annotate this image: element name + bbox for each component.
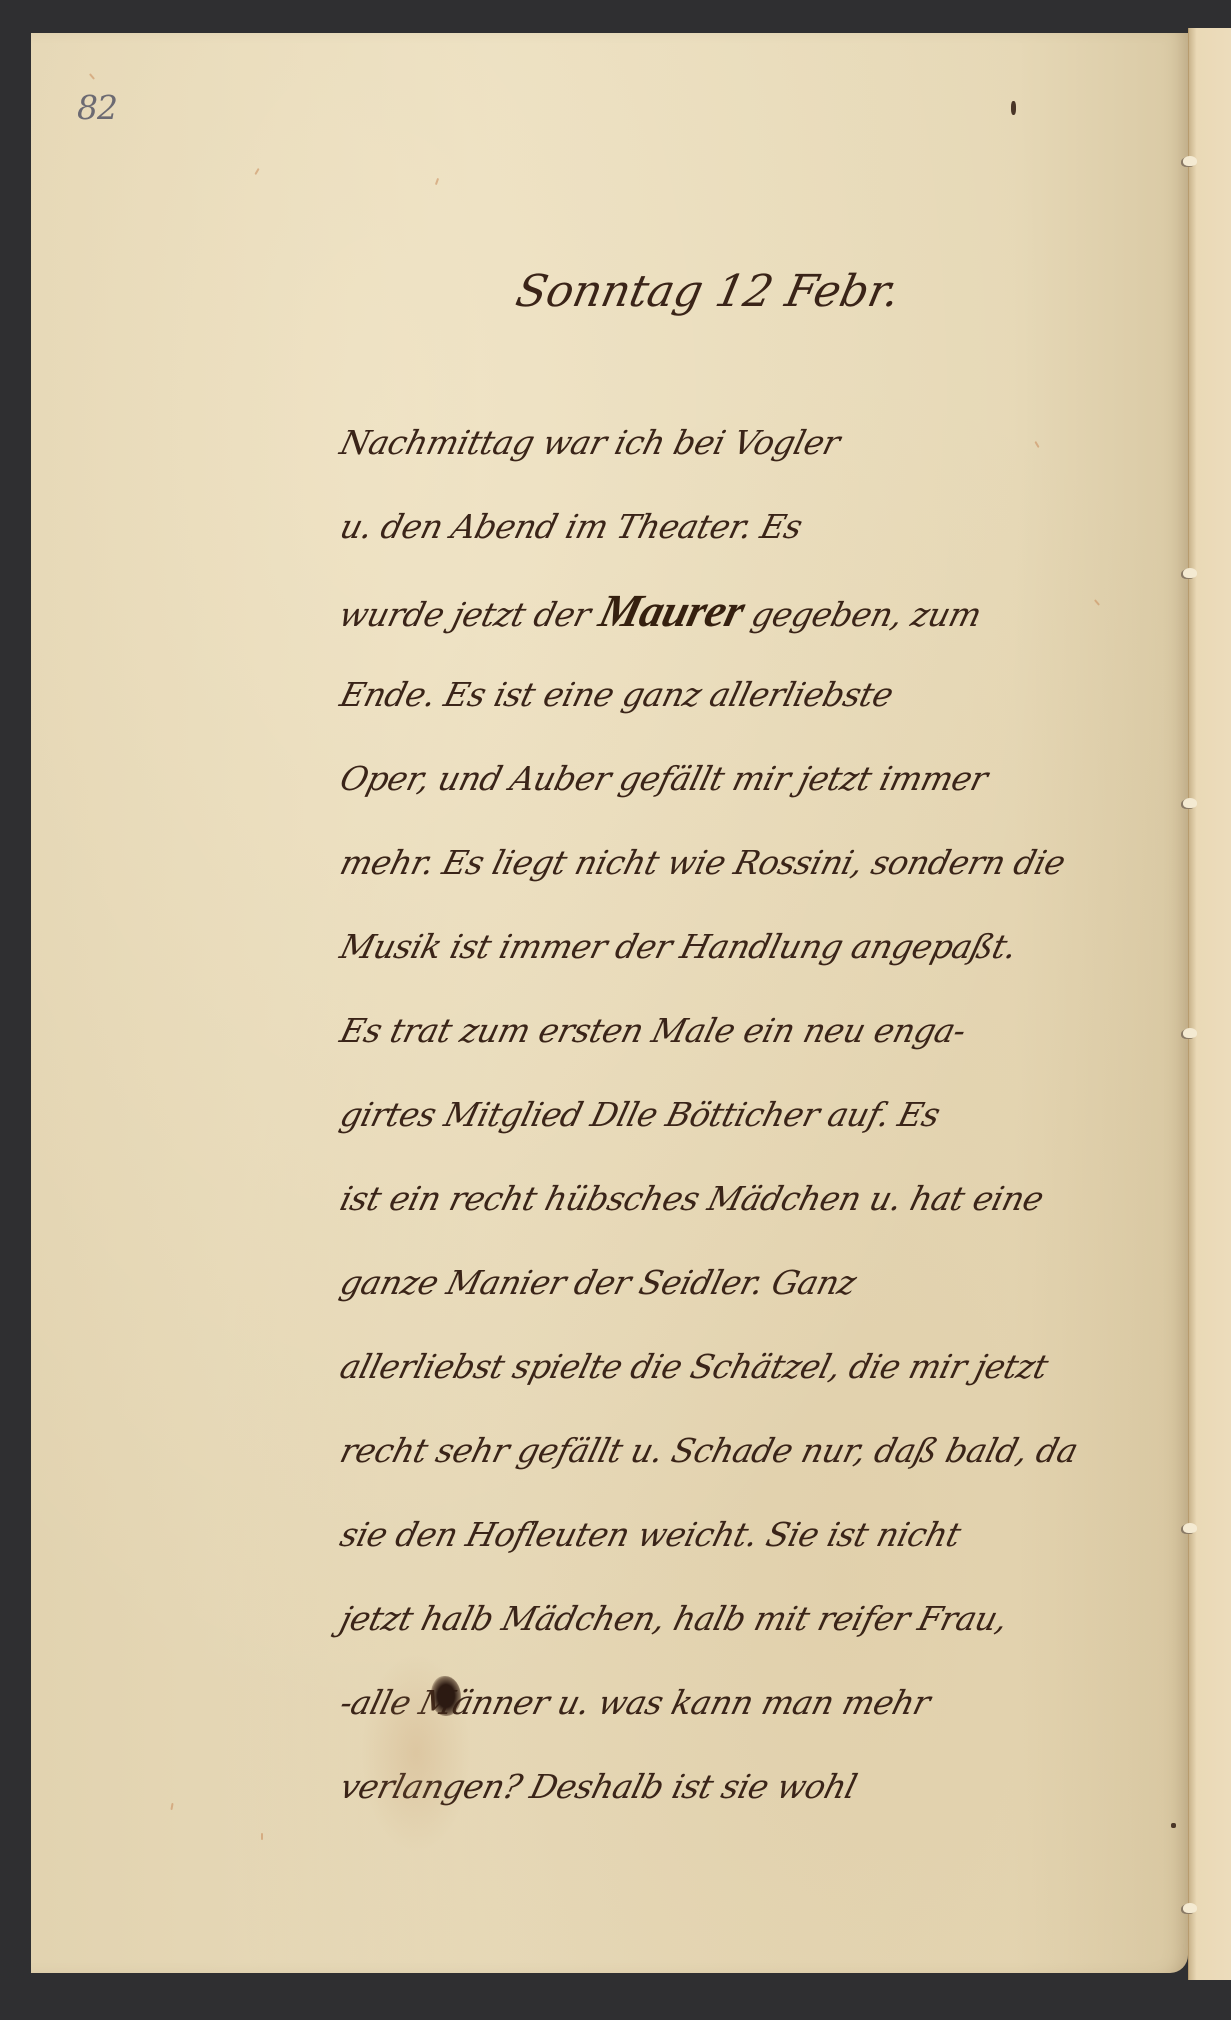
binding-notch [1183, 1028, 1197, 1038]
manuscript-scan: 82 Sonntag 12 Febr. Nachmittag war ich b… [0, 0, 1231, 2020]
text-line: ganze Manier der Seidler. Ganz [331, 1241, 1132, 1325]
paper-fiber [170, 1803, 173, 1810]
text-line: jetzt halb Mädchen, halb mit reifer Frau… [331, 1577, 1132, 1661]
text-line: wurde jetzt der Maurer gegeben, zum [331, 569, 1132, 653]
text-line: mehr. Es liegt nicht wie Rossini, sonder… [331, 821, 1132, 905]
manuscript-page: 82 Sonntag 12 Febr. Nachmittag war ich b… [31, 33, 1188, 1973]
binding-notch [1183, 798, 1197, 808]
text-line: recht sehr gefällt u. Schade nur, daß ba… [331, 1409, 1132, 1493]
binding-notch [1183, 1903, 1197, 1913]
binding-notch [1183, 156, 1197, 166]
paper-speck [1171, 1823, 1176, 1828]
entry-body: Nachmittag war ich bei Vogler u. den Abe… [341, 401, 1121, 1829]
paper-fiber [435, 178, 439, 185]
text-line: Nachmittag war ich bei Vogler [331, 401, 1132, 485]
paper-fiber [89, 73, 95, 80]
text-line: girtes Mitglied Dlle Bötticher auf. Es [331, 1073, 1132, 1157]
facing-page-edge [1188, 28, 1231, 1980]
binding-notch [1183, 568, 1197, 578]
text-line: Es trat zum ersten Male ein neu enga- [331, 989, 1132, 1073]
paper-speck [1011, 101, 1016, 115]
paper-fiber [254, 168, 259, 175]
emphasized-word: Maurer [594, 585, 749, 636]
binding-notch [1183, 1523, 1197, 1533]
text-line: Musik ist immer der Handlung angepaßt. [331, 905, 1132, 989]
text-line: allerliebst spielte die Schätzel, die mi… [331, 1325, 1132, 1409]
text-line: Oper, und Auber gefällt mir jetzt immer [331, 737, 1132, 821]
ink-blot [431, 1676, 461, 1716]
text-line: sie den Hofleuten weicht. Sie ist nicht [331, 1493, 1132, 1577]
text-line: u. den Abend im Theater. Es [331, 485, 1132, 569]
text-line: ist ein recht hübsches Mädchen u. hat ei… [331, 1157, 1132, 1241]
text-line: Ende. Es ist eine ganz allerliebste [331, 653, 1132, 737]
folio-number: 82 [77, 88, 117, 127]
paper-fiber [261, 1833, 263, 1840]
entry-heading: Sonntag 12 Febr. [512, 266, 905, 317]
